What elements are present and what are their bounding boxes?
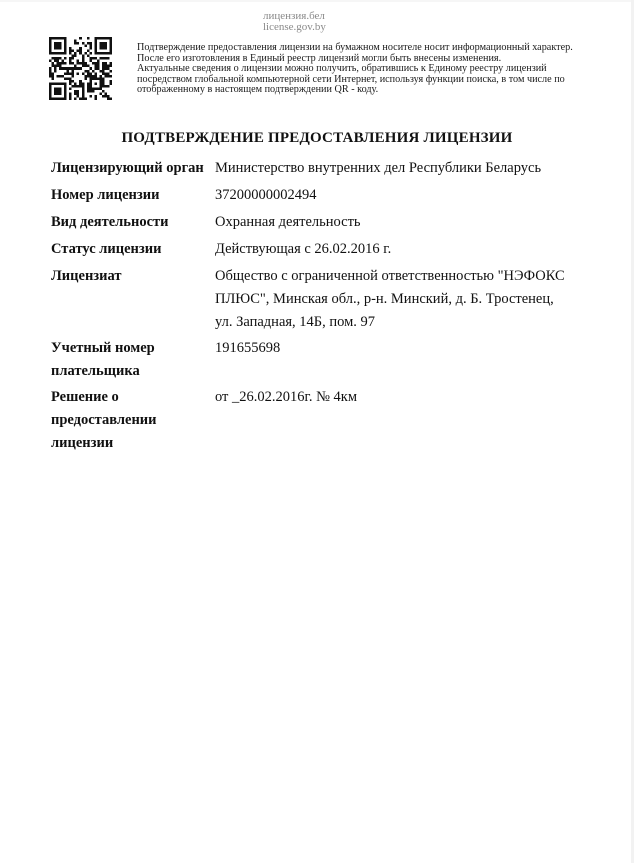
- value-line: ПЛЮС", Минская обл., р-н. Минский, д. Б.…: [215, 288, 591, 311]
- license-fields: Лицензирующий орган Министерство внутрен…: [51, 157, 591, 458]
- field-label: Учетный номер плательщика: [51, 337, 215, 383]
- value-line: ул. Западная, 14Б, пом. 97: [215, 311, 591, 334]
- notice-text: Подтверждение предоставления лицензии на…: [137, 43, 607, 96]
- field-label: Номер лицензии: [51, 184, 215, 207]
- value-line: Действующая с 26.02.2016 г.: [215, 238, 591, 261]
- notice-line: отображенному в настоящем подтверждении …: [137, 85, 607, 96]
- qr-code-icon: [49, 37, 112, 100]
- field-value: Действующая с 26.02.2016 г.: [215, 238, 591, 261]
- label-line: Учетный номер: [51, 337, 215, 360]
- field-license-number: Номер лицензии 37200000002494: [51, 184, 591, 207]
- value-line: 37200000002494: [215, 184, 591, 207]
- field-value: от _26.02.2016г. № 4км: [215, 386, 591, 409]
- field-value: Общество с ограниченной ответственностью…: [215, 265, 591, 334]
- field-license-status: Статус лицензии Действующая с 26.02.2016…: [51, 238, 591, 261]
- value-line: от _26.02.2016г. № 4км: [215, 386, 591, 409]
- field-value: Министерство внутренних дел Республики Б…: [215, 157, 591, 180]
- document-title: ПОДТВЕРЖДЕНИЕ ПРЕДОСТАВЛЕНИЯ ЛИЦЕНЗИИ: [0, 130, 634, 147]
- value-line: Общество с ограниченной ответственностью…: [215, 265, 591, 288]
- field-value: 191655698: [215, 337, 591, 360]
- field-label: Решение о предоставлении лицензии: [51, 386, 215, 455]
- field-taxpayer-number: Учетный номер плательщика 191655698: [51, 337, 591, 383]
- field-label: Лицензиат: [51, 265, 215, 288]
- field-licensee: Лицензиат Общество с ограниченной ответс…: [51, 265, 591, 334]
- value-line: Охранная деятельность: [215, 211, 591, 234]
- notice-line: Подтверждение предоставления лицензии на…: [137, 43, 607, 54]
- value-line: Министерство внутренних дел Республики Б…: [215, 157, 591, 180]
- field-activity-type: Вид деятельности Охранная деятельность: [51, 211, 591, 234]
- label-line: лицензии: [51, 432, 215, 455]
- value-line: 191655698: [215, 337, 591, 360]
- label-line: Решение о: [51, 386, 215, 409]
- label-line: плательщика: [51, 360, 215, 383]
- field-license-decision: Решение о предоставлении лицензии от _26…: [51, 386, 591, 455]
- field-label: Статус лицензии: [51, 238, 215, 261]
- page-edge-top: [0, 0, 634, 2]
- label-line: предоставлении: [51, 409, 215, 432]
- field-value: Охранная деятельность: [215, 211, 591, 234]
- site-links: лицензия.бел license.gov.by: [263, 11, 326, 33]
- field-label: Вид деятельности: [51, 211, 215, 234]
- field-value: 37200000002494: [215, 184, 591, 207]
- site-link-latin: license.gov.by: [263, 22, 326, 33]
- field-label: Лицензирующий орган: [51, 157, 215, 180]
- field-licensing-authority: Лицензирующий орган Министерство внутрен…: [51, 157, 591, 180]
